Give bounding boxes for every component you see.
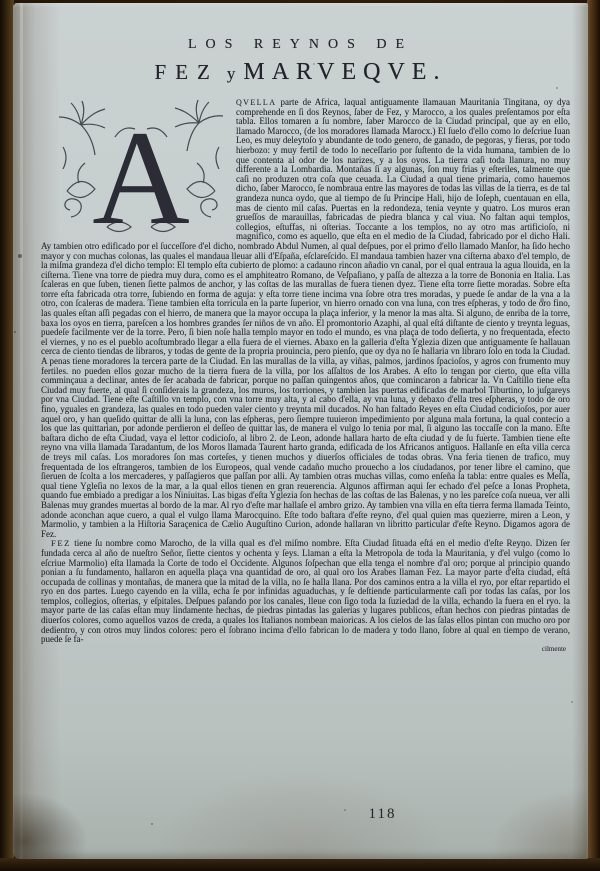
book-page: LOS REYNOS DE FEZ y MARVEQVE.: [13, 3, 588, 859]
book-binding-bottom: [0, 858, 600, 871]
title-word-fez: FEZ: [155, 60, 219, 84]
book-binding-left: [0, 0, 14, 871]
page-gutter-highlight: [20, 3, 23, 859]
drop-cap-ornament: A: [55, 99, 227, 235]
title-word-marveqve: MARVEQVE.: [243, 59, 446, 85]
page-header: LOS REYNOS DE FEZ y MARVEQVE.: [13, 37, 588, 86]
body-text: A QVELLA parte de Africa, laqual antigua…: [41, 98, 570, 780]
page-number: 118: [95, 806, 600, 823]
drop-cap-woodcut: A: [55, 99, 227, 235]
paragraph-2-lead: FEZ: [51, 538, 71, 548]
title-word-y: y: [227, 64, 236, 83]
paragraph-2: FEZ tiene ſu nombre como Marocho, de la …: [41, 539, 570, 645]
book-photo: LOS REYNOS DE FEZ y MARVEQVE.: [0, 0, 600, 871]
drop-cap-letter: A: [92, 104, 190, 235]
title-line-2: FEZ y MARVEQVE.: [13, 59, 588, 86]
paragraph-1: A QVELLA parte de Africa, laqual antigua…: [41, 98, 570, 539]
paper-specks: [13, 3, 15, 5]
book-page-edges-right: [587, 0, 600, 871]
catchword: cilmente: [41, 645, 570, 655]
title-line-1: LOS REYNOS DE: [13, 37, 588, 53]
paragraph-2-text: tiene ſu nombre como Marocho, de la vill…: [41, 538, 570, 644]
